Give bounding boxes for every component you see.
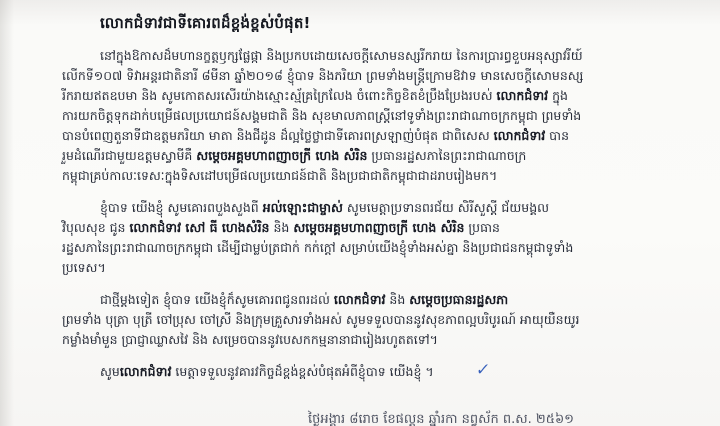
honorific-bold-text: លោកជំទាវ [334, 292, 386, 307]
letter-line: កម្ពុជាគ្រប់កាលៈទេសៈក្នុងទិសដៅបម្រើផលប្រ… [62, 166, 662, 186]
text-segment: រដ្ឋសភានៃព្រះរាជាណាចក្រកម្ពុជា ដើម្បីជាម… [62, 240, 573, 255]
scan-edge-shadow [0, 0, 14, 426]
text-segment: ការយកចិត្តទុកដាក់បម្រើផលប្រយោជន៍សង្គមជាត… [62, 108, 581, 123]
text-segment: សូម [100, 364, 120, 379]
letter-line: សូមលោកជំទាវ មេត្តាទទួលនូវគារវកិច្ចដ៏ខ្ពង… [62, 362, 662, 382]
text-segment: វិបុលសុខ ជូន [62, 220, 129, 235]
text-segment: បានបំពេញតួនាទីជាឧត្តមភរិយា មាតា និងជីដូន… [62, 128, 494, 143]
letter-line: បានបំពេញតួនាទីជាឧត្តមភរិយា មាតា និងជីដូន… [62, 126, 662, 146]
paragraph: នៅក្នុងឱកាសដ៏មហានក្ខត្តឫក្សផ្លែផ្កា និងប… [62, 46, 662, 186]
scanned-letter-page: លោកជំទាវជាទីគោរពដ៏ខ្ពង់ខ្ពស់បំផុត! នៅក្ន… [0, 0, 720, 426]
honorific-bold-text: សម្តេចប្រធានរដ្ឋសភា [409, 292, 508, 307]
honorific-bold-text: លោកជំទាវ [497, 88, 549, 103]
text-segment: ប្រធាន [464, 220, 499, 235]
paragraph: ខ្ញុំបាទ យើងខ្ញុំ សូមគោរពបួងសួងពី អល់ឡោះ… [62, 198, 662, 278]
text-segment: រីករាយឥតឧបមា និង សូមកោតសរសើរយ៉ាងស្មោះស្ម… [62, 88, 497, 103]
letter-line: នៅក្នុងឱកាសដ៏មហានក្ខត្តឫក្សផ្លែផ្កា និងប… [62, 46, 662, 66]
letter-line: រួមដំណើរជាមួយឧត្តមស្វាមីគឺ សម្តេចអគ្គមហា… [62, 146, 662, 166]
text-segment: ប្រទេស។ [62, 260, 106, 275]
letter-line: កម្លាំងមាំមួន ប្រាជ្ញាឈ្លាសវៃ និង សម្រេច… [62, 330, 662, 350]
text-segment: កម្ពុជាគ្រប់កាលៈទេសៈក្នុងទិសដៅបម្រើផលប្រ… [62, 168, 497, 183]
letter-line: វិបុលសុខ ជូន លោកជំទាវ សៅ ធី ហេងសំរិន និង… [62, 218, 662, 238]
text-segment: ក្នុង [548, 88, 568, 103]
text-segment: សូមមេត្តាប្រទានពរជ័យ សិរីសួស្តី ជ័យមង្គល [343, 200, 549, 215]
honorific-bold-text: លោកជំទាវ [494, 128, 546, 143]
letter-line: រីករាយឥតឧបមា និង សូមកោតសរសើរយ៉ាងស្មោះស្ម… [62, 86, 662, 106]
honorific-bold-text: អល់ឡោះជាម្ចាស់ [263, 200, 343, 215]
letter-line: ប្រទេស។ [62, 258, 662, 278]
text-segment: មេត្តាទទួលនូវគារវកិច្ចដ៏ខ្ពង់ខ្ពស់បំផុតអ… [171, 364, 433, 379]
text-segment: ខ្ញុំបាទ យើងខ្ញុំ សូមគោរពបួងសួងពី [100, 200, 263, 215]
text-segment: ប្រធានរដ្ឋសភានៃព្រះរាជាណាចក្រ [367, 148, 526, 163]
paragraph: សូមលោកជំទាវ មេត្តាទទួលនូវគារវកិច្ចដ៏ខ្ពង… [62, 362, 662, 382]
text-segment: ព្រមទាំង បុត្រា បុត្រី ចៅប្រុស ចៅស្រី និ… [62, 312, 579, 327]
text-segment: ជាថ្មីម្តងទៀត ខ្ញុំបាទ យើងខ្ញុំក៏សូមគោរព… [100, 292, 334, 307]
honorific-bold-text: សម្តេចអគ្គមហាពញាចក្រី ហេង សំរិន [293, 220, 464, 235]
letter-body: នៅក្នុងឱកាសដ៏មហានក្ខត្តឫក្សផ្លែផ្កា និងប… [62, 46, 662, 382]
text-segment: និង [269, 220, 293, 235]
text-segment: កម្លាំងមាំមួន ប្រាជ្ញាឈ្លាសវៃ និង សម្រេច… [62, 332, 438, 347]
letter-salutation-title: លោកជំទាវជាទីគោរពដ៏ខ្ពង់ខ្ពស់បំផុត! [100, 14, 662, 36]
letter-line: ការយកចិត្តទុកដាក់បម្រើផលប្រយោជន៍សង្គមជាត… [62, 106, 662, 126]
text-segment: បាន [545, 128, 569, 143]
pen-checkmark-icon: ✓ [436, 361, 490, 381]
honorific-bold-text: សម្តេចអគ្គមហាពញាចក្រី ហេង សំរិន [196, 148, 367, 163]
text-segment: រួមដំណើរជាមួយឧត្តមស្វាមីគឺ [62, 148, 196, 163]
khmer-lunar-date-line: ថ្ងៃអង្គារ ៨រោច ខែផល្គុន ឆ្នាំរកា នព្វស័… [308, 409, 574, 426]
honorific-bold-text: លោកជំទាវ សៅ ធី ហេងសំរិន [129, 220, 269, 235]
text-segment: លើកទី១០៧ ទិវាអន្តរជាតិនារី ៨មីនា ឆ្នាំ២០… [62, 68, 583, 83]
letter-line: ព្រមទាំង បុត្រា បុត្រី ចៅប្រុស ចៅស្រី និ… [62, 310, 662, 330]
letter-line: លើកទី១០៧ ទិវាអន្តរជាតិនារី ៨មីនា ឆ្នាំ២០… [62, 66, 662, 86]
letter-line: ខ្ញុំបាទ យើងខ្ញុំ សូមគោរពបួងសួងពី អល់ឡោះ… [62, 198, 662, 218]
honorific-bold-text: លោកជំទាវ [120, 364, 172, 379]
letter-line: រដ្ឋសភានៃព្រះរាជាណាចក្រកម្ពុជា ដើម្បីជាម… [62, 238, 662, 258]
text-segment: និង [385, 292, 409, 307]
paragraph: ជាថ្មីម្តងទៀត ខ្ញុំបាទ យើងខ្ញុំក៏សូមគោរព… [62, 290, 662, 350]
letter-line: ជាថ្មីម្តងទៀត ខ្ញុំបាទ យើងខ្ញុំក៏សូមគោរព… [62, 290, 662, 310]
text-segment: នៅក្នុងឱកាសដ៏មហានក្ខត្តឫក្សផ្លែផ្កា និងប… [100, 48, 583, 63]
